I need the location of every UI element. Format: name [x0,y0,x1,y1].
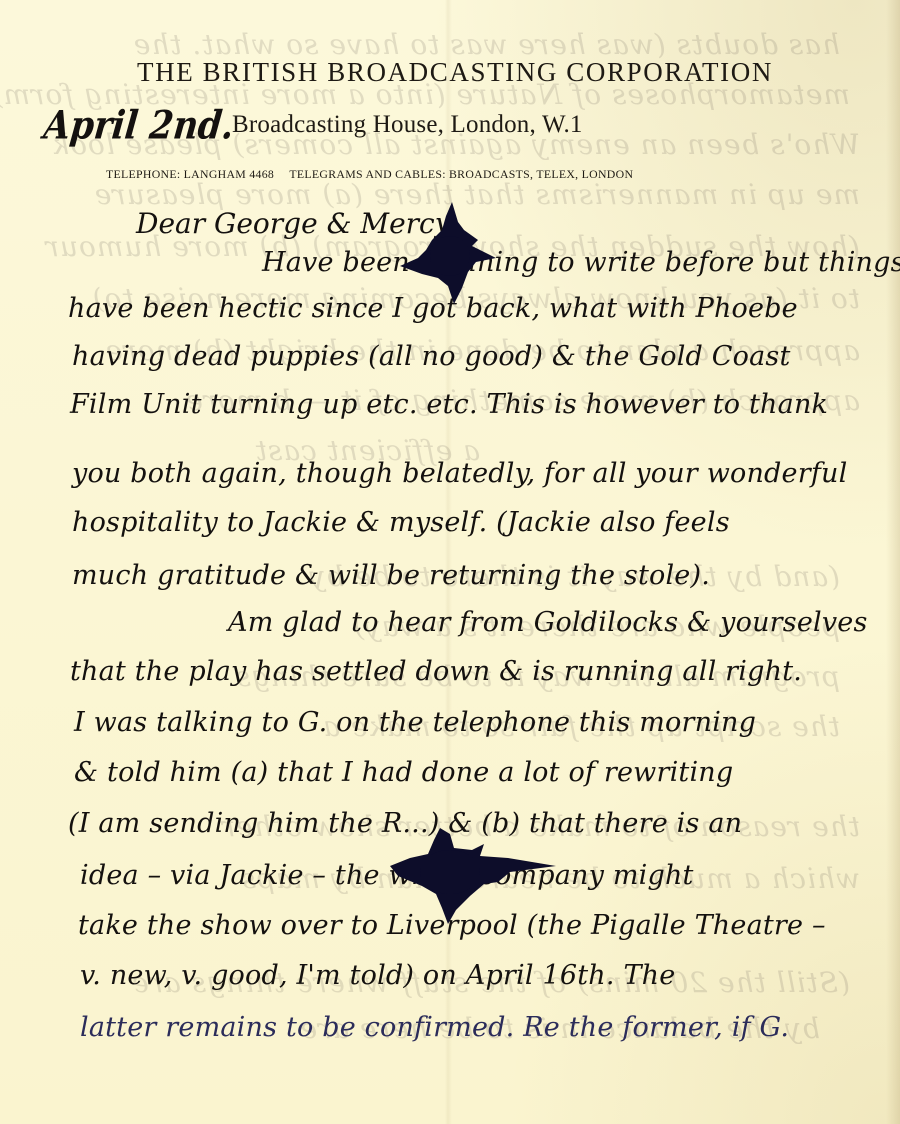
letter-line: (I am sending him the R...) & (b) that t… [68,808,742,839]
letter-line: Film Unit turning up etc. etc. This is h… [70,389,828,420]
letter-line: & told him (a) that I had done a lot of … [74,757,733,788]
letterhead-address: Broadcasting House, London, W.1 [232,111,583,139]
letter-line: you both again, though belatedly, for al… [72,458,847,489]
letterhead-telegrams: TELEGRAMS AND CABLES: BROADCASTS, TELEX,… [289,167,633,181]
letterhead-organization: THE BRITISH BROADCASTING CORPORATION [0,57,900,88]
letter-line: have been hectic since I got back, what … [68,293,798,324]
letter-page: has doubts (was here was to have so what… [0,0,900,1124]
letter-line: that the play has settled down & is runn… [70,656,802,687]
letter-line: hospitality to Jackie & myself. (Jackie … [72,507,730,538]
letter-line: v. new, v. good, I'm told) on April 16th… [80,960,675,991]
letter-line: latter remains to be confirmed. Re the f… [80,1012,789,1043]
letter-line: having dead puppies (all no good) & the … [72,341,791,372]
letter-line: much gratitude & will be returning the s… [72,560,710,591]
letter-line: idea – via Jackie – the whole company mi… [80,860,694,891]
paper-edge-shadow [886,0,900,1124]
letterhead-telephone: TELEPHONE: LANGHAM 4468 [106,167,274,181]
letterhead-contacts: TELEPHONE: LANGHAM 4468 TELEGRAMS AND CA… [106,167,633,182]
letter-date: April 2nd. [42,103,237,149]
letter-line: take the show over to Liverpool (the Pig… [78,910,826,941]
letter-salutation: Dear George & Mercy [136,207,451,240]
letter-line: Am glad to hear from Goldilocks & yourse… [228,607,868,638]
letter-line: Have been meaning to write before but th… [262,247,900,278]
letter-line: I was talking to G. on the telephone thi… [74,707,756,738]
